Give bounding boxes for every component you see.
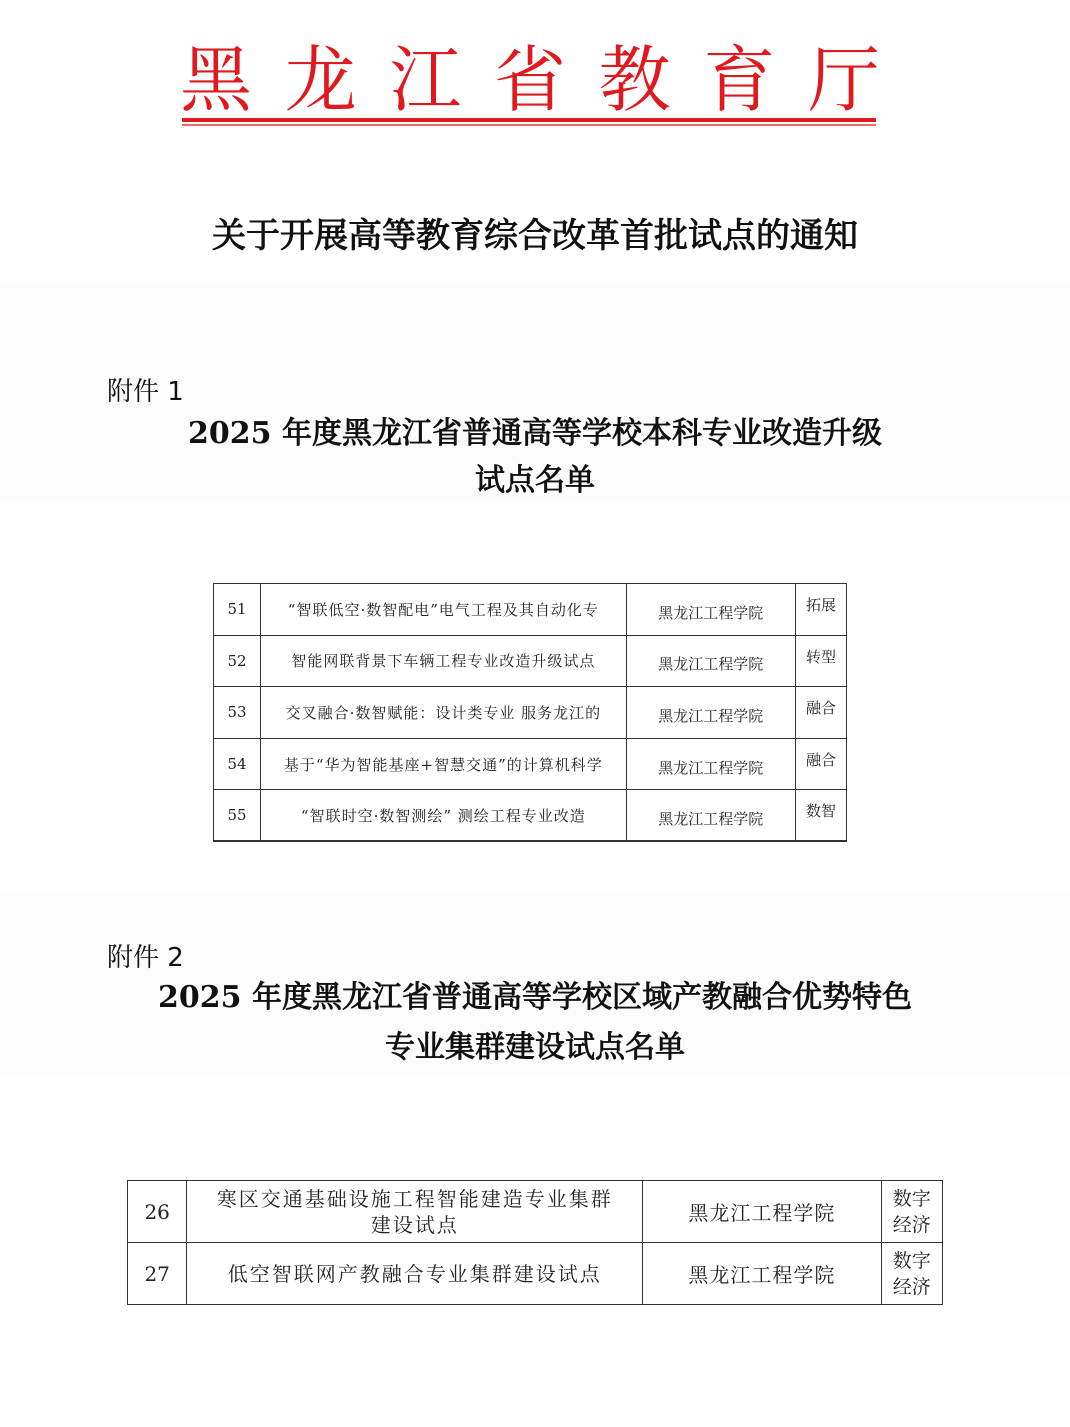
table-row: 51 “智联低空·数智配电”电气工程及其自动化专 黑龙江工程学院 拓展 xyxy=(214,584,847,636)
project-name: “智联时空·数智测绘” 测绘工程专业改造 xyxy=(261,790,627,842)
school-name: 黑龙江工程学院 xyxy=(626,687,795,739)
project-type: 数智 xyxy=(795,790,846,842)
attachment2-title-line1: 2025 年度黑龙江省普通高等学校区域产教融合优势特色 xyxy=(0,973,1070,1023)
masthead: 黑 龙 江 省 教 育 厅 xyxy=(0,0,1070,180)
masthead-char: 教 xyxy=(599,42,671,118)
project-name: 寒区交通基础设施工程智能建造专业集群 建设试点 xyxy=(187,1181,643,1243)
project-name-line1: 低空智联网产教融合专业集群建设试点 xyxy=(191,1261,638,1287)
attachment2-header-panel: 附件 2 2025 年度黑龙江省普通高等学校区域产教融合优势特色 专业集群建设试… xyxy=(0,895,1070,1075)
project-type: 数字 经济 xyxy=(881,1243,942,1305)
attachment2-title-line2: 专业集群建设试点名单 xyxy=(0,1023,1070,1073)
attachment1-title-line1: 2025 年度黑龙江省普通高等学校本科专业改造升级 xyxy=(0,409,1070,459)
masthead-char: 龙 xyxy=(285,42,357,118)
attachment2-label: 附件 2 xyxy=(107,937,184,974)
project-type: 转型 xyxy=(795,635,846,687)
school-name: 黑龙江工程学院 xyxy=(643,1181,881,1243)
project-type-line1: 数字 xyxy=(886,1186,938,1212)
row-number: 54 xyxy=(214,738,261,790)
project-type: 融合 xyxy=(795,687,846,739)
project-type-line1: 数字 xyxy=(886,1248,938,1274)
project-type: 数字 经济 xyxy=(881,1181,942,1243)
table-row: 55 “智联时空·数智测绘” 测绘工程专业改造 黑龙江工程学院 数智 xyxy=(214,790,847,842)
row-number: 26 xyxy=(128,1181,187,1243)
project-name-line1: 寒区交通基础设施工程智能建造专业集群 xyxy=(191,1186,638,1212)
school-name: 黑龙江工程学院 xyxy=(626,738,795,790)
project-name: “智联低空·数智配电”电气工程及其自动化专 xyxy=(261,584,627,636)
school-name: 黑龙江工程学院 xyxy=(643,1243,881,1305)
school-name: 黑龙江工程学院 xyxy=(626,584,795,636)
table-row: 26 寒区交通基础设施工程智能建造专业集群 建设试点 黑龙江工程学院 数字 经济 xyxy=(128,1181,943,1243)
attachment1-table: 51 “智联低空·数智配电”电气工程及其自动化专 黑龙江工程学院 拓展 52 智… xyxy=(213,583,847,842)
masthead-char: 江 xyxy=(389,42,461,118)
school-name: 黑龙江工程学院 xyxy=(626,790,795,842)
project-type-line2: 经济 xyxy=(886,1274,938,1300)
row-number: 51 xyxy=(214,584,261,636)
project-name: 低空智联网产教融合专业集群建设试点 xyxy=(187,1243,643,1305)
project-name: 智能网联背景下车辆工程专业改造升级试点 xyxy=(261,635,627,687)
notice-title: 关于开展高等教育综合改革首批试点的通知 xyxy=(0,208,1070,257)
table-row: 27 低空智联网产教融合专业集群建设试点 黑龙江工程学院 数字 经济 xyxy=(128,1243,943,1305)
project-type: 拓展 xyxy=(795,584,846,636)
attachment1-header-panel: 附件 1 2025 年度黑龙江省普通高等学校本科专业改造升级 试点名单 xyxy=(0,283,1070,500)
masthead-red-rule xyxy=(182,118,876,122)
masthead-char: 厅 xyxy=(808,42,880,118)
project-type-line2: 经济 xyxy=(886,1212,938,1238)
project-type: 融合 xyxy=(795,738,846,790)
project-name: 基于“华为智能基座+智慧交通”的计算机科学 xyxy=(261,738,627,790)
attachment1-label: 附件 1 xyxy=(107,371,184,408)
project-name: 交叉融合·数智赋能：设计类专业 服务龙江的 xyxy=(261,687,627,739)
table-row: 52 智能网联背景下车辆工程专业改造升级试点 黑龙江工程学院 转型 xyxy=(214,635,847,687)
school-name: 黑龙江工程学院 xyxy=(626,635,795,687)
table-row: 53 交叉融合·数智赋能：设计类专业 服务龙江的 黑龙江工程学院 融合 xyxy=(214,687,847,739)
masthead-char: 省 xyxy=(494,42,566,118)
masthead-char: 黑 xyxy=(180,42,252,118)
row-number: 52 xyxy=(214,635,261,687)
masthead-red-rule-thin xyxy=(182,124,876,126)
row-number: 27 xyxy=(128,1243,187,1305)
project-name-line2: 建设试点 xyxy=(191,1212,638,1238)
attachment2-table: 26 寒区交通基础设施工程智能建造专业集群 建设试点 黑龙江工程学院 数字 经济… xyxy=(127,1180,943,1305)
attachment1-title-line2: 试点名单 xyxy=(0,456,1070,506)
row-number: 53 xyxy=(214,687,261,739)
row-number: 55 xyxy=(214,790,261,842)
masthead-title: 黑 龙 江 省 教 育 厅 xyxy=(180,42,880,118)
masthead-char: 育 xyxy=(703,42,775,118)
table-row: 54 基于“华为智能基座+智慧交通”的计算机科学 黑龙江工程学院 融合 xyxy=(214,738,847,790)
